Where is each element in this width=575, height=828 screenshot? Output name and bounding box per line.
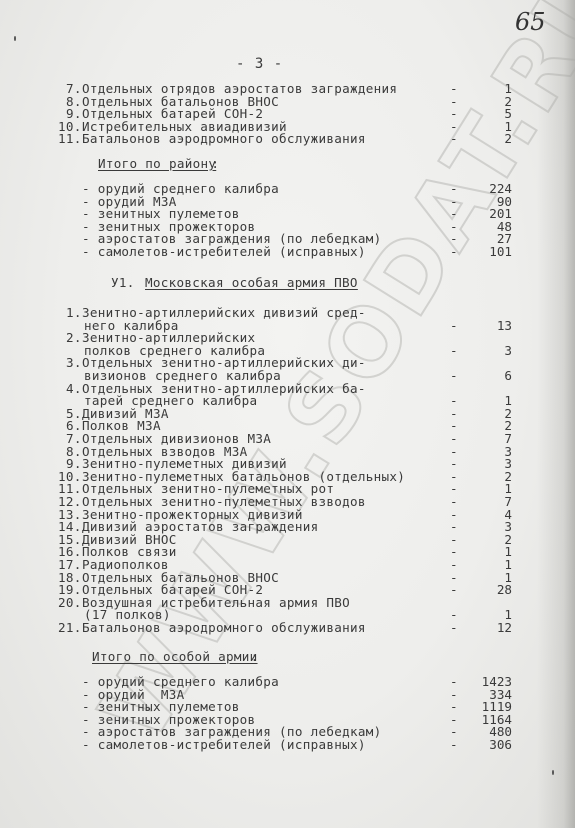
page-number: - 3 - <box>236 56 283 72</box>
dash-separator: - <box>450 369 458 382</box>
item-number: 2. <box>66 331 82 344</box>
dash-separator: - <box>450 344 458 357</box>
item-value: 28 <box>472 583 512 596</box>
item-value: 6 <box>472 369 512 382</box>
handwritten-page-number: 65 <box>515 8 546 36</box>
district-total-heading: Итого по району <box>98 157 216 170</box>
item-number: 3. <box>66 356 82 369</box>
item-number: 20. <box>58 596 82 609</box>
item-value: 3 <box>472 344 512 357</box>
heading-colon: : <box>211 157 219 170</box>
army-total-heading: Итого по особой армии <box>92 650 258 663</box>
dash-separator: - <box>450 319 458 332</box>
dash-separator: - <box>450 738 458 751</box>
item-value: 13 <box>472 319 512 332</box>
scan-speck <box>14 36 16 41</box>
item-value: 12 <box>472 621 512 634</box>
item-value: 2 <box>472 132 512 145</box>
list-item-text: Батальонов аэродромного обслуживания <box>82 621 366 634</box>
scan-speck <box>552 770 554 775</box>
dash-separator: - <box>450 621 458 634</box>
total-value: 101 <box>472 245 512 258</box>
list-item-text: Батальонов аэродромного обслуживания <box>82 132 366 145</box>
heading-colon: : <box>251 650 259 663</box>
item-number: 4. <box>66 382 82 395</box>
scan-edge-shadow <box>537 0 575 828</box>
dash-separator: - <box>450 583 458 596</box>
section-title: Московская особая армия ПВО <box>145 276 358 289</box>
dash-separator: - <box>450 132 458 145</box>
item-number: 1. <box>66 306 82 319</box>
dash-separator: - <box>450 245 458 258</box>
total-item-text: - самолетов-истребителей (исправных) <box>82 245 366 258</box>
total-item-text: - самолетов-истребителей (исправных) <box>82 738 366 751</box>
total-value: 306 <box>472 738 512 751</box>
item-number: 21. <box>58 621 82 634</box>
section-prefix: У1. <box>111 276 135 289</box>
document-page: WWW.SODAT.RU 65 - 3 - 7.Отдельных отрядо… <box>0 0 575 828</box>
item-number: 11. <box>58 132 82 145</box>
